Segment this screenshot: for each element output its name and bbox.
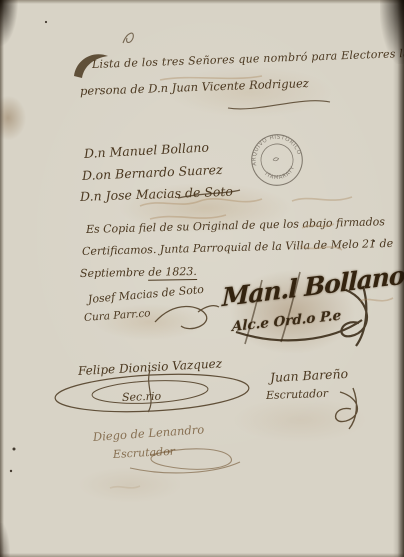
- certification-line-3: Septiembre de 1823.: [80, 265, 197, 280]
- signature-escrutador1-name: Juan Bareño: [270, 366, 349, 385]
- signature-alcalde-name: Man.l Bollano: [222, 260, 404, 312]
- manuscript-scan: Lista de los tres Señores que nombró par…: [0, 0, 404, 557]
- escrutador1-rubric: [336, 388, 358, 429]
- signature-cura-title: Cura Parr.co: [84, 307, 151, 324]
- cura-rubric: [155, 306, 219, 329]
- signature-escrutador2-title: Escrutador: [113, 445, 176, 461]
- signature-secretario-title: Sec.rio: [122, 390, 162, 404]
- signature-alcalde-title: Alc.e Ord.o P.e: [232, 307, 341, 335]
- svg-text:ITAMARATY: ITAMARATY: [262, 164, 298, 185]
- elector-list-item: D.n Jose Macias de Soto: [80, 184, 233, 204]
- certification-line-3-start: Septiembre: [80, 266, 148, 280]
- certification-date-underlined: de 1823.: [148, 265, 197, 281]
- signature-escrutador2-name: Diego de Lenandro: [93, 422, 205, 444]
- heading-line-2: persona de D.n Juan Vicente Rodriguez: [80, 76, 309, 98]
- scan-corner-bottom-left: [0, 523, 10, 557]
- archive-stamp: ARQUIVO HISTÓRICO ITAMARATY: [236, 119, 318, 201]
- scan-corner-top-left: [0, 0, 18, 46]
- elector-list-item: D.n Manuel Bollano: [84, 139, 210, 161]
- scan-edge-top: [0, 0, 404, 4]
- stamp-center-mark: [273, 157, 279, 161]
- signature-cura-name: Josef Macias de Soto: [87, 283, 204, 306]
- signature-escrutador1-title: Escrutador: [266, 387, 329, 402]
- certification-line-2: Certificamos. Junta Parroquial de la Vil…: [82, 237, 393, 258]
- elector-list-item: D.on Bernardo Suarez: [82, 162, 223, 183]
- stamp-arc-bottom-text: ITAMARATY: [262, 164, 298, 185]
- scan-edge-bottom: [0, 553, 404, 557]
- certification-line-1: Es Copia fiel de su Original de que los …: [86, 215, 385, 236]
- heading-line-1: Lista de los tres Señores que nombró par…: [92, 47, 404, 71]
- top-margin-mark: [123, 33, 133, 43]
- scan-edge-left: [0, 0, 4, 557]
- signature-secretario-name: Felipe Dionisio Vazquez: [78, 356, 223, 378]
- heading-underline-flourish: [228, 101, 330, 109]
